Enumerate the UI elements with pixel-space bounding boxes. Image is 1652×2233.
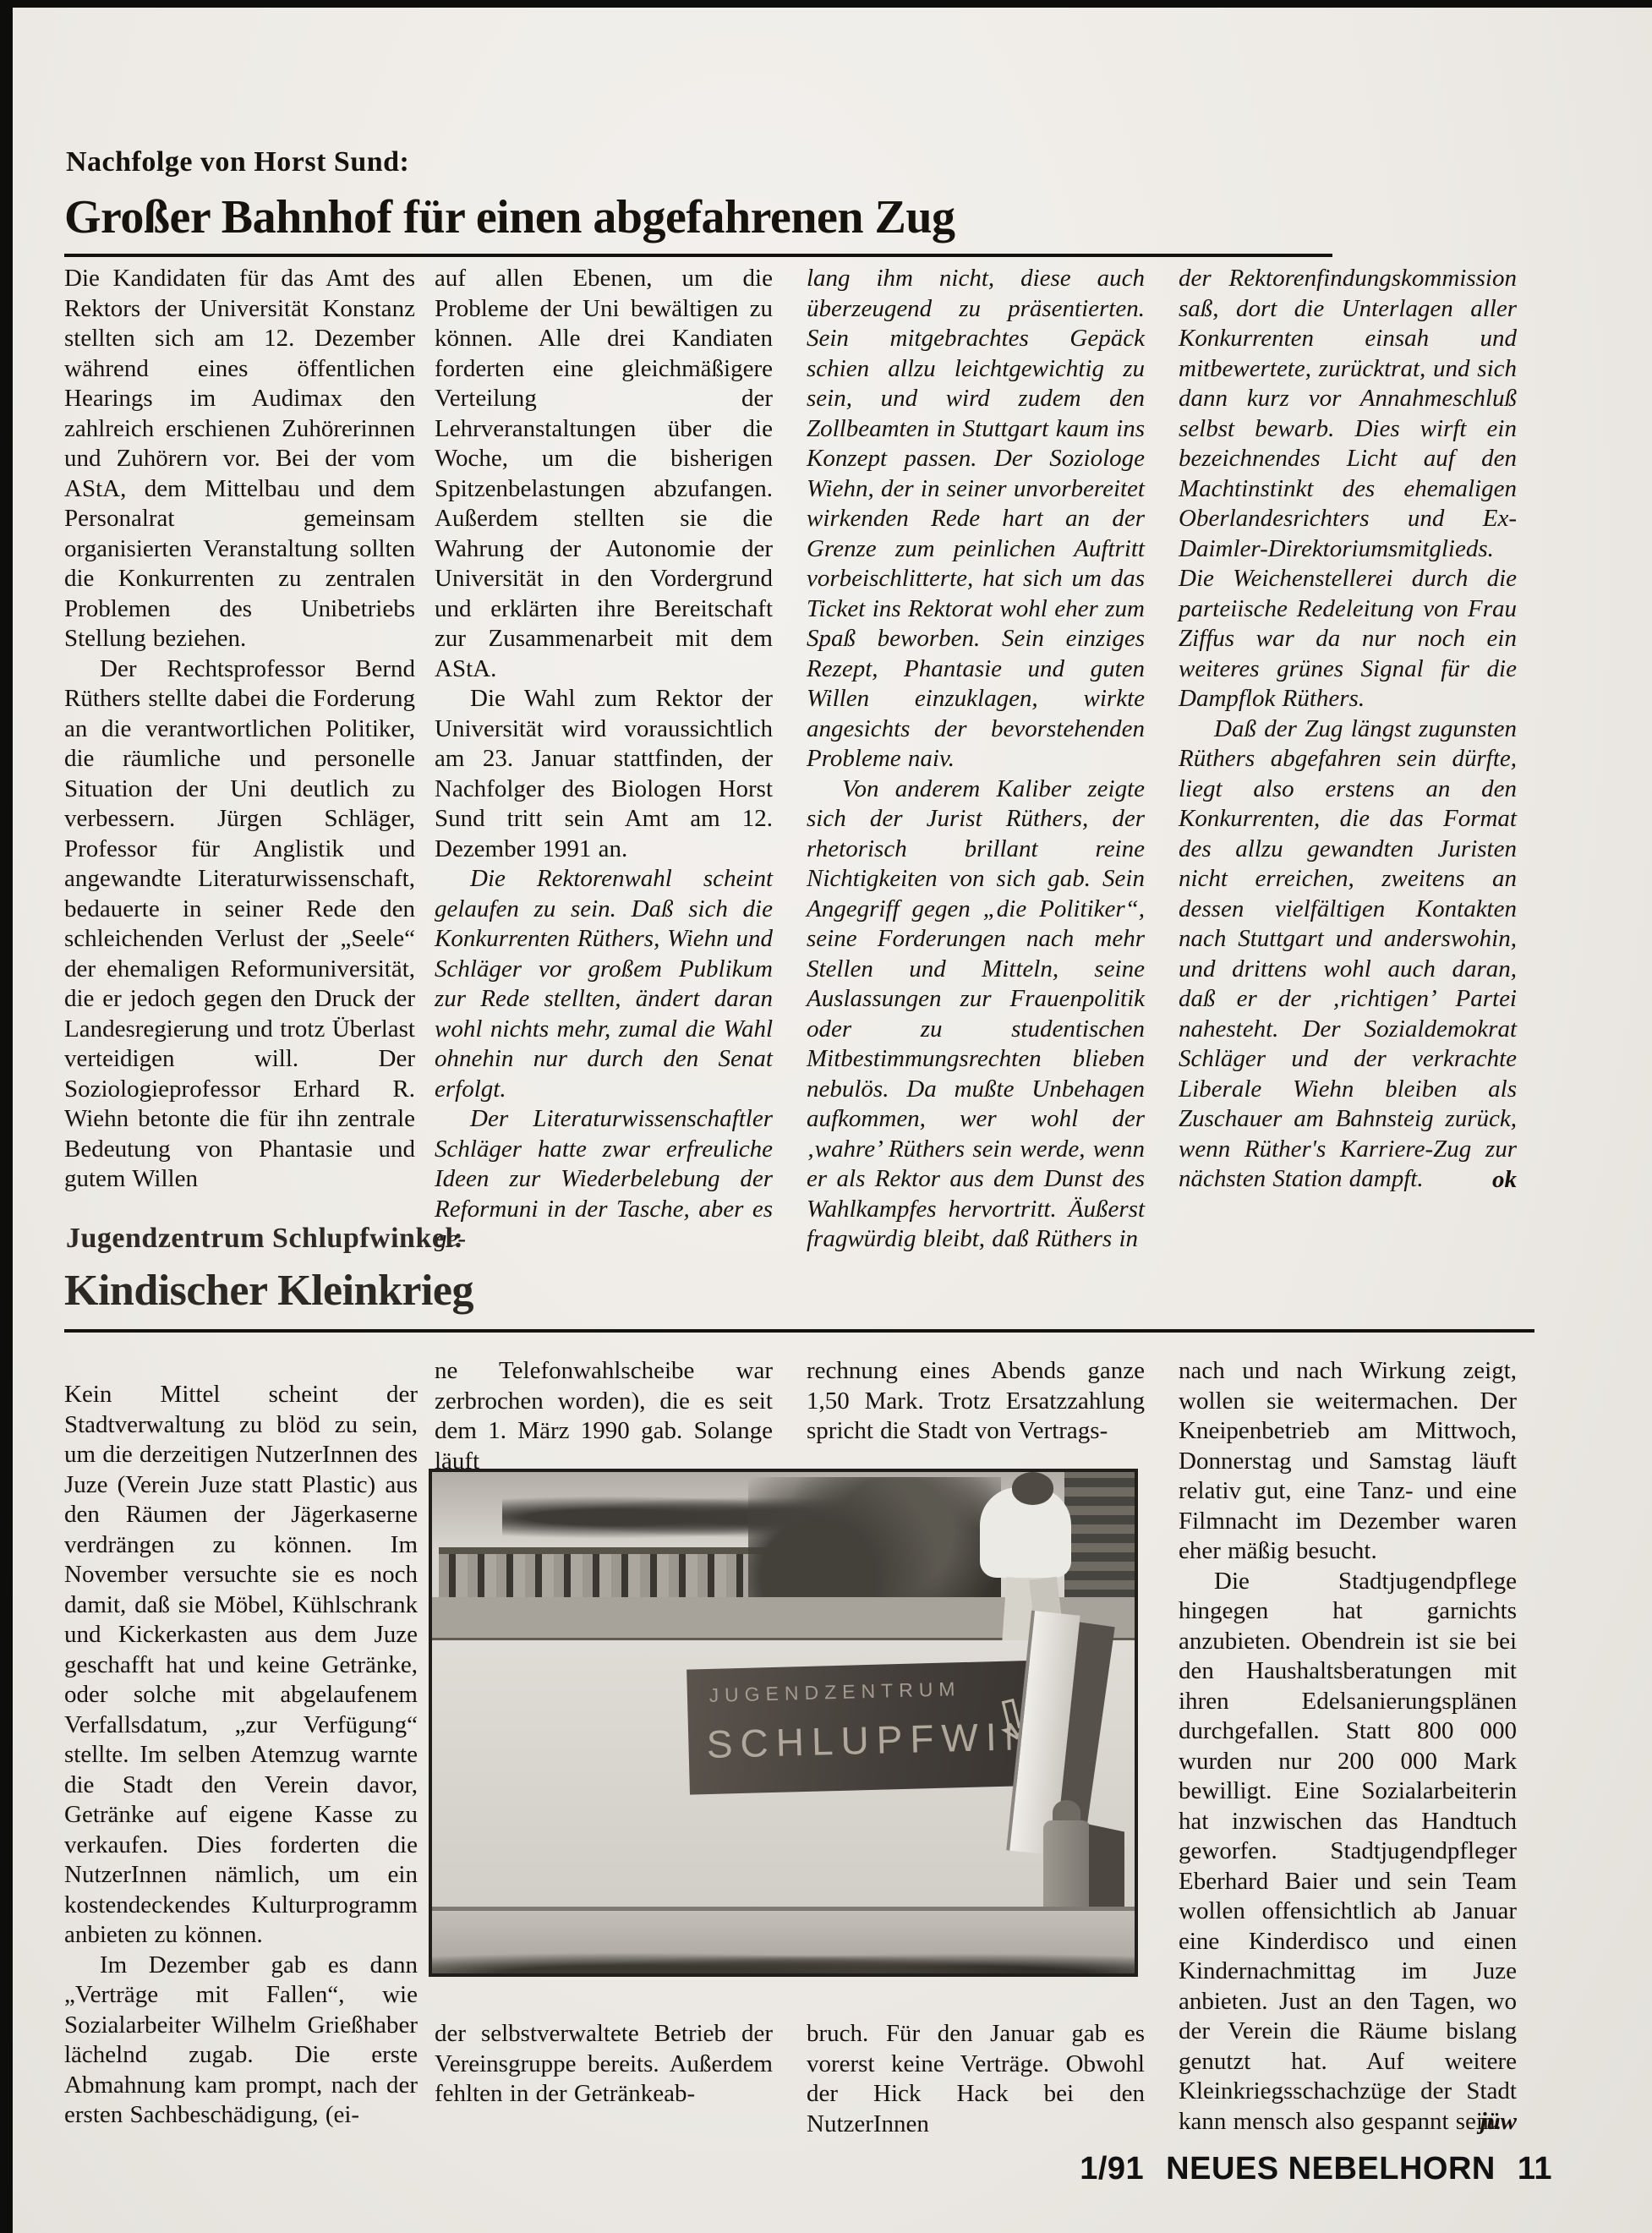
photo-person-head xyxy=(1012,1472,1054,1505)
article2-column-1: Kein Mittel scheint der Stadtverwaltung … xyxy=(64,1380,418,2131)
paragraph: Daß der Zug längst zugunsten Rüthers abg… xyxy=(1179,714,1517,1195)
paragraph: der Rektorenfindungskommission saß, dort… xyxy=(1179,264,1517,714)
paragraph: der selbstverwaltete Betrieb der Vereins… xyxy=(435,2019,773,2110)
juze-sign: JUGENDZENTRUM SCHLUPFWINKEL ⇩ xyxy=(687,1661,1052,1795)
sign-text-line1: JUGENDZENTRUM xyxy=(709,1677,962,1707)
article2-kicker: Jugendzentrum Schlupfwinkel: xyxy=(66,1222,463,1255)
paragraph: Im Dezember gab es dann „Verträge mit Fa… xyxy=(64,1951,418,2131)
headline-rule xyxy=(64,1329,1534,1333)
article1-column-1: Die Kandidaten für das Amt des Rektors d… xyxy=(64,264,415,1195)
paragraph: Die Stadtjugendpflege hingegen hat garni… xyxy=(1179,1567,1517,2137)
article1-headline: Großer Bahnhof für einen abgefahrenen Zu… xyxy=(64,193,955,243)
photo-ground-smudges xyxy=(432,1943,1135,1973)
paragraph: Die Rektorenwahl scheint gelaufen zu sei… xyxy=(435,864,773,1104)
paragraph: Der Literaturwissenschaftler Schläger ha… xyxy=(435,1104,773,1255)
paragraph: auf allen Ebenen, um die Probleme der Un… xyxy=(435,264,773,684)
article1-column-4: der Rektorenfindungskommission saß, dort… xyxy=(1179,264,1517,1195)
paragraph: bruch. Für den Januar gab es vorerst kei… xyxy=(807,2019,1145,2139)
juze-photo: JUGENDZENTRUM SCHLUPFWINKEL ⇩ xyxy=(429,1469,1138,1977)
article2-column-4: nach und nach Wirkung zeigt, wollen sie … xyxy=(1179,1356,1517,2137)
paragraph: Der Rechtsprofessor Bernd Rüthers stellt… xyxy=(64,654,415,1195)
headline-rule xyxy=(64,254,1332,257)
paragraph: Die Kandidaten für das Amt des Rektors d… xyxy=(64,264,415,654)
paragraph: ne Telefonwahlscheibe war zerbrochen wor… xyxy=(435,1356,773,1476)
paragraph: nach und nach Wirkung zeigt, wollen sie … xyxy=(1179,1356,1517,1567)
paragraph: Von anderem Kaliber zeigte sich der Juri… xyxy=(807,774,1145,1255)
page-footer: 1/91 NEUES NEBELHORN 11 xyxy=(1184,2153,1552,2185)
paragraph: Kein Mittel scheint der Stadtverwaltung … xyxy=(64,1380,418,1951)
article1-column-2: auf allen Ebenen, um die Probleme der Un… xyxy=(435,264,773,1255)
footer-page-number: 11 xyxy=(1518,2153,1552,2185)
scan-edge-left xyxy=(0,0,13,2233)
paragraph: Die Wahl zum Rektor der Universität wird… xyxy=(435,684,773,864)
paragraph: lang ihm nicht, diese auch überzeugend z… xyxy=(807,264,1145,774)
newspaper-page: Nachfolge von Horst Sund: Großer Bahnhof… xyxy=(0,0,1652,2233)
article1-column-3: lang ihm nicht, diese auch überzeugend z… xyxy=(807,264,1145,1255)
paragraph: rechnung eines Abends ganze 1,50 Mark. T… xyxy=(807,1356,1145,1447)
article1-kicker: Nachfolge von Horst Sund: xyxy=(66,145,409,178)
article2-column-2-bottom: der selbstverwaltete Betrieb der Vereins… xyxy=(435,2019,773,2110)
article2-column-3-bottom: bruch. Für den Januar gab es vorerst kei… xyxy=(807,2019,1145,2139)
scan-edge-top xyxy=(0,0,1652,8)
footer-issue: 1/91 xyxy=(1080,2153,1144,2185)
article2-column-2-top: ne Telefonwahlscheibe war zerbrochen wor… xyxy=(435,1356,773,1476)
footer-title: NEUES NEBELHORN xyxy=(1166,2153,1496,2185)
article2-column-3-top: rechnung eines Abends ganze 1,50 Mark. T… xyxy=(807,1356,1145,1447)
article2-headline: Kindischer Kleinkrieg xyxy=(64,1268,473,1315)
